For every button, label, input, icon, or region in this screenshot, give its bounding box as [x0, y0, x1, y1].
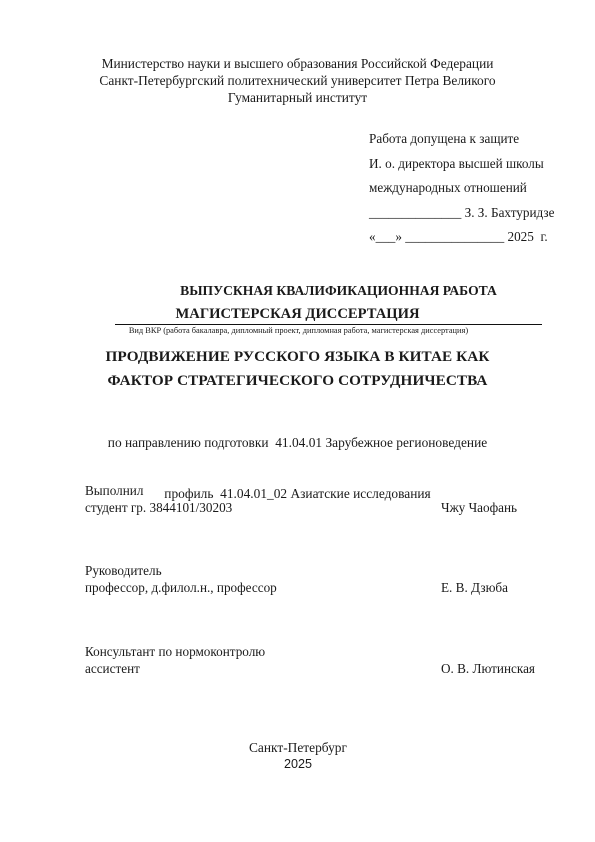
year: 2025 — [0, 756, 595, 772]
city: Санкт-Петербург — [0, 740, 595, 756]
director-title: И. о. директора высшей школы — [369, 155, 554, 180]
signature-consultant: Консультант по нормоконтролю ассистент О… — [85, 643, 555, 677]
approval-line: Работа допущена к защите — [369, 130, 554, 155]
signature-name: Е. В. Дзюба — [441, 579, 508, 596]
institute-name: Гуманитарный институт — [0, 89, 595, 106]
thesis-topic: ПРОДВИЖЕНИЕ РУССКОГО ЯЗЫКА В КИТАЕ КАК Ф… — [0, 345, 595, 393]
signature-supervisor: Руководитель профессор, д.филол.н., проф… — [85, 562, 555, 596]
institution-header: Министерство науки и высшего образования… — [0, 55, 595, 106]
signature-name: О. В. Лютинская — [441, 660, 535, 677]
work-type: МАГИСТЕРСКАЯ ДИССЕРТАЦИЯ — [0, 305, 595, 323]
approval-date-line: «___» _______________ 2025 г. — [369, 228, 554, 253]
signature-blank: ______________ — [369, 205, 461, 220]
signature-name: Чжу Чаофань — [441, 499, 517, 516]
school-name: международных отношений — [369, 179, 554, 204]
director-name: З. З. Бахтуридзе — [465, 205, 555, 220]
work-category: ВЫПУСКНАЯ КВАЛИФИКАЦИОННАЯ РАБОТА — [0, 282, 595, 299]
signature-position: студент гр. 3844101/30203 — [85, 500, 232, 515]
work-type-caption: Вид ВКР (работа бакалавра, дипломный про… — [0, 325, 595, 336]
signature-role: Консультант по нормоконтролю — [85, 643, 555, 660]
university-name: Санкт-Петербургский политехнический унив… — [0, 72, 595, 89]
signature-student: Выполнил студент гр. 3844101/30203 Чжу Ч… — [85, 482, 555, 516]
signature-position: ассистент — [85, 661, 140, 676]
signature-position: профессор, д.филол.н., профессор — [85, 580, 277, 595]
signature-role: Выполнил — [85, 482, 555, 499]
topic-line-2: ФАКТОР СТРАТЕГИЧЕСКОГО СОТРУДНИЧЕСТВА — [0, 369, 595, 393]
direction-line: по направлению подготовки 41.04.01 Заруб… — [0, 434, 595, 451]
approval-block: Работа допущена к защите И. о. директора… — [369, 130, 554, 253]
signature-role: Руководитель — [85, 562, 555, 579]
topic-line-1: ПРОДВИЖЕНИЕ РУССКОГО ЯЗЫКА В КИТАЕ КАК — [0, 345, 595, 369]
ministry-name: Министерство науки и высшего образования… — [0, 55, 595, 72]
director-signature-line: ______________ З. З. Бахтуридзе — [369, 204, 554, 229]
